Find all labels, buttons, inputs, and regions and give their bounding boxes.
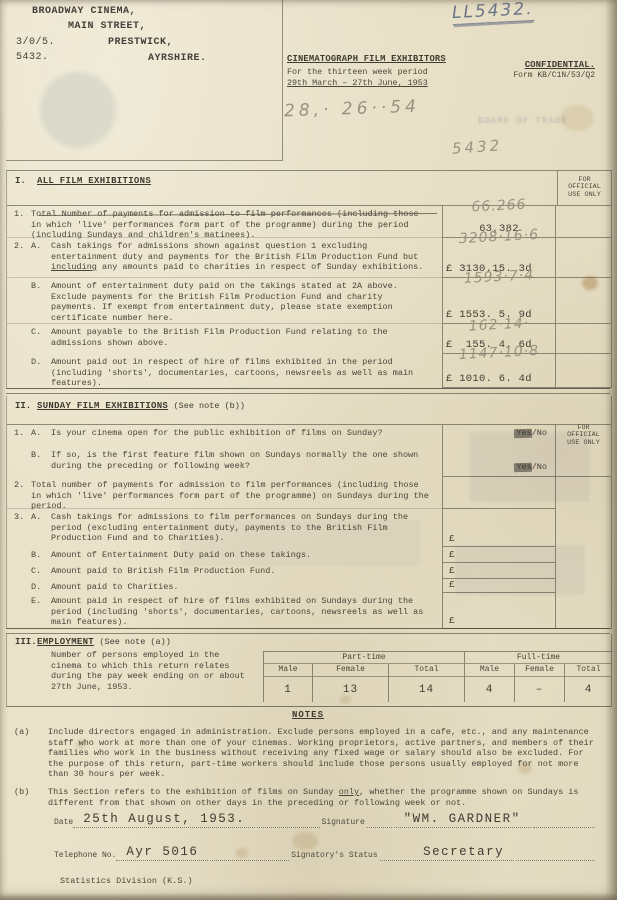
question-number (7, 450, 31, 477)
question-text: Amount paid to Charities. (51, 582, 442, 593)
form-title-block: CINEMATOGRAPH FILM EXHIBITORS For the th… (287, 54, 446, 88)
statistics-division: Statistics Division (K.S.) (60, 876, 193, 886)
question-text-cell: C. Amount paid to British Film Productio… (7, 563, 442, 579)
question-text-cell: B. Amount of entertainment duty paid on … (7, 278, 442, 324)
employment-column-headers: Male Female Total Male Female Total (264, 664, 612, 677)
question-letter: D. (31, 582, 51, 593)
value-parttime-female: 13 (312, 677, 388, 702)
employment-values: 1 13 14 4 – 4 (264, 677, 612, 702)
question-text-cell: 3. A. Cash takings for admissions to fil… (7, 509, 442, 547)
row-sunday-admissions: 2. Total number of payments for admissio… (7, 477, 611, 509)
value-parttime-male: 1 (264, 677, 312, 702)
question-letter: C. (31, 566, 51, 579)
question-number: 2. (7, 480, 31, 508)
section2-note: (See note (b)) (174, 401, 245, 411)
question-text-cell: D. Amount paid out in respect of hire of… (7, 354, 442, 388)
question-text: Amount payable to the British Film Produ… (51, 327, 442, 354)
value-cell: £ (442, 593, 555, 629)
question-letter: A. (31, 512, 51, 547)
official-use-cell (555, 579, 611, 593)
reference-number-1: 3/0/5. (16, 37, 55, 48)
value-fulltime-female: – (514, 677, 564, 702)
dotted-leader (210, 858, 289, 861)
value-cell: £ (442, 509, 555, 547)
question-number (7, 357, 31, 388)
question-text: If so, is the first feature film shown o… (51, 450, 442, 477)
question-number: 1. (7, 209, 31, 237)
official-use-box: FOR OFFICIAL USE ONLY (556, 425, 611, 447)
official-use-cell (555, 278, 611, 324)
full-time-header: Full-time (464, 652, 612, 664)
yes-no-answer: Yes/No (516, 462, 547, 472)
section-employment: III.EMPLOYMENT (See note (a)) Number of … (6, 634, 612, 707)
note-a-text: Include directors engaged in administrat… (48, 727, 610, 780)
underlined-word: only (339, 787, 359, 797)
question-text-cell: 2. Total number of payments for admissio… (7, 477, 442, 509)
col-male: Male (264, 664, 312, 677)
value-cell: Yes/No (442, 447, 555, 477)
note-a: (a) Include directors engaged in adminis… (6, 727, 610, 780)
underlined-word: including (51, 262, 97, 272)
dotted-leader (257, 825, 319, 828)
col-female: Female (312, 664, 388, 677)
notes-heading: NOTES (6, 710, 610, 720)
paper-edge (0, 893, 617, 900)
text-part: Cash takings for admissions shown agains… (51, 241, 418, 262)
col-male: Male (464, 664, 514, 677)
typed-value: £ 1010. 6. 4d (446, 373, 532, 385)
col-total: Total (388, 664, 464, 677)
cinema-name: BROADWAY CINEMA, (32, 6, 136, 17)
value-cell: £ (442, 547, 555, 563)
section-all-film-exhibitions: I.ALL FILM EXHIBITIONS FOR OFFICIAL USE … (6, 170, 612, 388)
signature-value: "WM. GARDNER" (394, 812, 531, 828)
question-letter: A. (31, 428, 51, 447)
part-time-header: Part-time (264, 652, 464, 664)
pound-sign: £ (449, 615, 455, 626)
form-title: CINEMATOGRAPH FILM EXHIBITORS (287, 54, 446, 64)
official-use-line3: USE ONLY (567, 440, 600, 447)
section3-number: III. (15, 637, 37, 647)
bleedthrough-text: BOARD OF TRADE (478, 116, 568, 126)
question-number: 2. (7, 241, 31, 277)
question-text-cell: B. Amount of Entertainment Duty paid on … (7, 547, 442, 563)
confidential-label: CONFIDENTIAL. (513, 60, 595, 70)
form-header: BROADWAY CINEMA, MAIN STREET, PRESTWICK,… (0, 0, 617, 168)
official-use-cell (555, 238, 611, 278)
question-text-cell: 1. A. Is your cinema open for the public… (7, 425, 442, 447)
official-use-cell (555, 206, 611, 238)
no-option: /No (532, 428, 547, 438)
cinema-address-box: BROADWAY CINEMA, MAIN STREET, PRESTWICK,… (6, 0, 283, 161)
date-signature-line: Date 25th August, 1953. Signature "WM. G… (54, 812, 597, 828)
question-text: Cash takings for admissions shown agains… (51, 241, 442, 277)
official-use-cell (555, 447, 611, 477)
section2-heading-row: II.SUNDAY FILM EXHIBITIONS (See note (b)… (7, 396, 611, 425)
no-option: /No (532, 462, 547, 472)
question-text-cell: E. Amount paid in respect of hire of fil… (7, 593, 442, 629)
pound-sign: £ (449, 565, 455, 576)
value-cell: 1147·10·8 £ 1010. 6. 4d (442, 354, 555, 388)
value-cell: Yes/No (442, 425, 555, 447)
question-letter: B. (31, 550, 51, 563)
question-number: 1. (7, 428, 31, 447)
date-label: Date (54, 818, 73, 828)
question-text: Amount paid to British Film Production F… (51, 566, 442, 579)
note-b: (b) This Section refers to the exhibitio… (6, 787, 610, 808)
question-text-cell: B. If so, is the first feature film show… (7, 447, 442, 477)
dotted-leader (367, 825, 392, 828)
question-number (7, 582, 31, 593)
handwritten-serial: LL5432. (451, 0, 534, 25)
employment-group-row: Part-time Full-time (264, 652, 612, 664)
note-a-label: (a) (6, 727, 48, 780)
form-page: BROADWAY CINEMA, MAIN STREET, PRESTWICK,… (0, 0, 617, 900)
question-text: Amount of Entertainment Duty paid on the… (51, 550, 442, 563)
notes-block: NOTES (a) Include directors engaged in a… (6, 710, 610, 808)
dotted-leader (533, 825, 595, 828)
text-part: This Section refers to the exhibition of… (48, 787, 339, 797)
question-text-cell: 2. A. Cash takings for admissions shown … (7, 238, 442, 278)
question-letter: B. (31, 281, 51, 323)
period-line-2: 29th March – 27th June, 1953 (287, 78, 446, 88)
row-film-hire: D. Amount paid out in respect of hire of… (7, 354, 611, 388)
question-letter: D. (31, 357, 51, 388)
official-use-line3: USE ONLY (568, 192, 601, 199)
question-letter: C. (31, 327, 51, 354)
question-number (7, 281, 31, 323)
note-b-text: This Section refers to the exhibition of… (48, 787, 610, 808)
row-sunday-hire: E. Amount paid in respect of hire of fil… (7, 593, 611, 629)
pound-sign: £ (449, 579, 455, 590)
handwritten-period: 28,· 26··54 (284, 97, 421, 122)
row-open-sunday: 1. A. Is your cinema open for the public… (7, 425, 611, 447)
official-use-cell (555, 324, 611, 354)
dotted-leader (380, 858, 412, 861)
question-number (7, 550, 31, 563)
signature-label: Signature (322, 818, 365, 828)
cinema-county: AYRSHIRE. (148, 53, 207, 64)
question-text-cell: C. Amount payable to the British Film Pr… (7, 324, 442, 354)
dotted-leader (516, 858, 595, 861)
question-text-cell: D. Amount paid to Charities. (7, 579, 442, 593)
telephone-status-line: Telephone No. Ayr 5016 Signatory's Statu… (54, 845, 597, 861)
section2-heading: II.SUNDAY FILM EXHIBITIONS (See note (b)… (7, 396, 611, 424)
question-number (7, 566, 31, 579)
value-cell (442, 477, 555, 509)
row-sunday-duty: B. Amount of Entertainment Duty paid on … (7, 547, 611, 563)
question-letter: B. (31, 450, 51, 477)
section-sunday-film-exhibitions: II.SUNDAY FILM EXHIBITIONS (See note (b)… (6, 396, 612, 629)
cinema-town: PRESTWICK, (108, 37, 173, 48)
status-value: Secretary (413, 845, 514, 861)
official-use-cell (555, 477, 611, 509)
official-use-cell: FOR OFFICIAL USE ONLY (555, 425, 611, 447)
question-letter: A. (31, 241, 51, 277)
confidential-block: CONFIDENTIAL. Form KB/C1N/53/Q2 (513, 60, 595, 80)
official-use-cell (555, 354, 611, 388)
official-use-box: FOR OFFICIAL USE ONLY (557, 171, 611, 205)
reference-number-2: 5432. (16, 52, 49, 63)
form-number: Form KB/C1N/53/Q2 (513, 71, 595, 80)
telephone-label: Telephone No. (54, 851, 116, 861)
employment-description: Number of persons employed in the cinema… (7, 647, 263, 702)
col-female: Female (514, 664, 564, 677)
note-b-label: (b) (6, 787, 48, 808)
text-part: any amounts paid to charities in respect… (97, 262, 423, 272)
question-number: 3. (7, 512, 31, 547)
employment-body: Number of persons employed in the cinema… (7, 647, 611, 702)
col-total: Total (564, 664, 612, 677)
employment-table: Part-time Full-time Male Female Total Ma… (263, 651, 612, 702)
status-label: Signatory's Status (291, 851, 377, 861)
pound-sign: £ (449, 533, 455, 544)
value-cell: £ (442, 579, 555, 593)
section3-heading: III.EMPLOYMENT (See note (a)) (7, 634, 611, 647)
value-parttime-total: 14 (388, 677, 464, 702)
question-text: Total number of payments for admission t… (31, 480, 442, 508)
section1-number: I. (15, 176, 37, 186)
row-sunday-charities: D. Amount paid to Charities. £ (7, 579, 611, 593)
question-number (7, 327, 31, 354)
value-fulltime-total: 4 (564, 677, 612, 702)
yes-no-answer: Yes/No (516, 428, 547, 438)
date-value: 25th August, 1953. (73, 812, 255, 828)
section1-title: ALL FILM EXHIBITIONS (37, 176, 151, 186)
struck-yes: Yes (516, 462, 531, 472)
section3-title: EMPLOYMENT (37, 637, 94, 647)
question-text-cell: 1. Total Number of payments for admissio… (7, 206, 442, 238)
cinema-street: MAIN STREET, (68, 21, 146, 32)
question-text: Cash takings for admissions to film perf… (51, 512, 442, 547)
value-cell: £ (442, 563, 555, 579)
row-sunday-fund: C. Amount paid to British Film Productio… (7, 563, 611, 579)
official-use-cell (555, 509, 611, 547)
section3-note: (See note (a)) (99, 637, 170, 647)
question-text: Amount paid in respect of hire of films … (51, 596, 442, 629)
handwritten-number: 5432 (451, 136, 502, 157)
official-use-cell (555, 563, 611, 579)
section2-number: II. (15, 401, 37, 411)
row-sunday-takings: 3. A. Cash takings for admissions to fil… (7, 509, 611, 547)
question-text: Amount paid out in respect of hire of fi… (51, 357, 442, 388)
official-use-cell (555, 547, 611, 563)
telephone-value: Ayr 5016 (116, 845, 208, 861)
question-letter: E. (31, 596, 51, 629)
struck-yes: Yes (516, 428, 531, 438)
official-use-cell (555, 593, 611, 629)
period-line-1: For the thirteen week period (287, 67, 446, 77)
question-text: Is your cinema open for the public exhib… (51, 428, 442, 447)
section-divider (6, 388, 610, 394)
pound-sign: £ (449, 549, 455, 560)
row-first-feature: B. If so, is the first feature film show… (7, 447, 611, 477)
value-fulltime-male: 4 (464, 677, 514, 702)
question-text: Amount of entertainment duty paid on the… (51, 281, 442, 323)
section2-title: SUNDAY FILM EXHIBITIONS (37, 401, 168, 411)
question-number (7, 596, 31, 629)
